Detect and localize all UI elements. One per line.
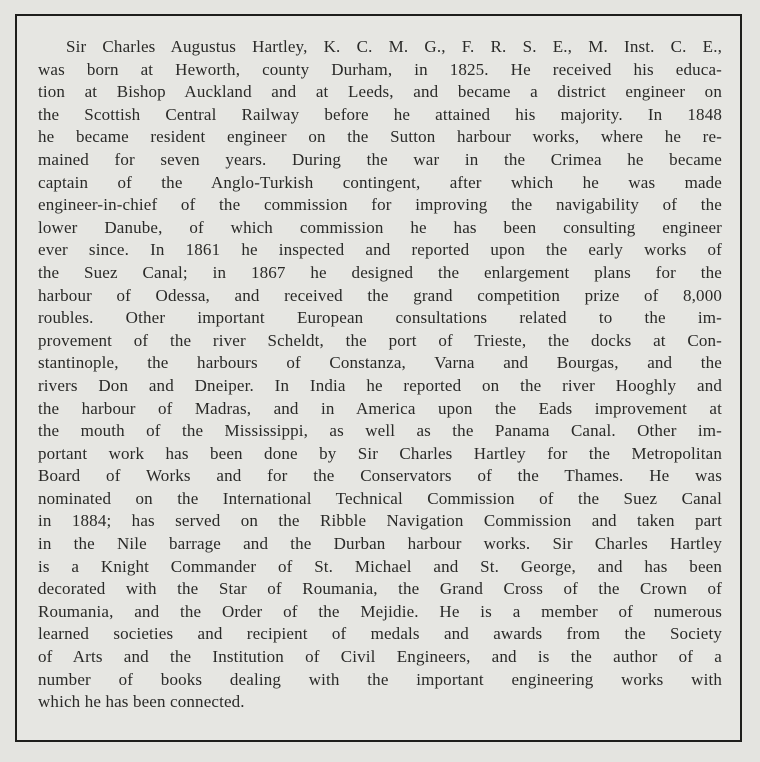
text-line: Board of Works and for the Conservators … <box>38 465 722 488</box>
text-line: number of books dealing with the importa… <box>38 669 722 692</box>
text-line: engineer-in-chief of the commission for … <box>38 194 722 217</box>
text-line: was born at Heworth, county Durham, in 1… <box>38 59 722 82</box>
text-line: tion at Bishop Auckland and at Leeds, an… <box>38 81 722 104</box>
text-line: ever since. In 1861 he inspected and rep… <box>38 239 722 262</box>
text-line: stantinople, the harbours of Constanza, … <box>38 352 722 375</box>
text-line: the Suez Canal; in 1867 he designed the … <box>38 262 722 285</box>
text-line: in 1884; has served on the Ribble Naviga… <box>38 510 722 533</box>
text-line: harbour of Odessa, and received the gran… <box>38 285 722 308</box>
text-line: lower Danube, of which commission he has… <box>38 217 722 240</box>
text-line: the harbour of Madras, and in America up… <box>38 398 722 421</box>
biography-article: Sir Charles Augustus Hartley, K. C. M. G… <box>38 36 722 714</box>
text-line: mained for seven years. During the war i… <box>38 149 722 172</box>
text-line: which he has been connected. <box>38 691 722 714</box>
text-line: learned societies and recipient of medal… <box>38 623 722 646</box>
text-line: roubles. Other important European consul… <box>38 307 722 330</box>
text-line: Roumania, and the Order of the Mejidie. … <box>38 601 722 624</box>
text-line: rivers Don and Dneiper. In India he repo… <box>38 375 722 398</box>
text-line: the Scottish Central Railway before he a… <box>38 104 722 127</box>
text-line: in the Nile barrage and the Durban harbo… <box>38 533 722 556</box>
text-line: provement of the river Scheldt, the port… <box>38 330 722 353</box>
text-line: is a Knight Commander of St. Michael and… <box>38 556 722 579</box>
text-line: captain of the Anglo-Turkish contingent,… <box>38 172 722 195</box>
text-line: portant work has been done by Sir Charle… <box>38 443 722 466</box>
text-line: nominated on the International Technical… <box>38 488 722 511</box>
text-line: decorated with the Star of Roumania, the… <box>38 578 722 601</box>
text-line: he became resident engineer on the Sutto… <box>38 126 722 149</box>
text-line: Sir Charles Augustus Hartley, K. C. M. G… <box>38 36 722 59</box>
text-line: the mouth of the Mississippi, as well as… <box>38 420 722 443</box>
text-line: of Arts and the Institution of Civil Eng… <box>38 646 722 669</box>
